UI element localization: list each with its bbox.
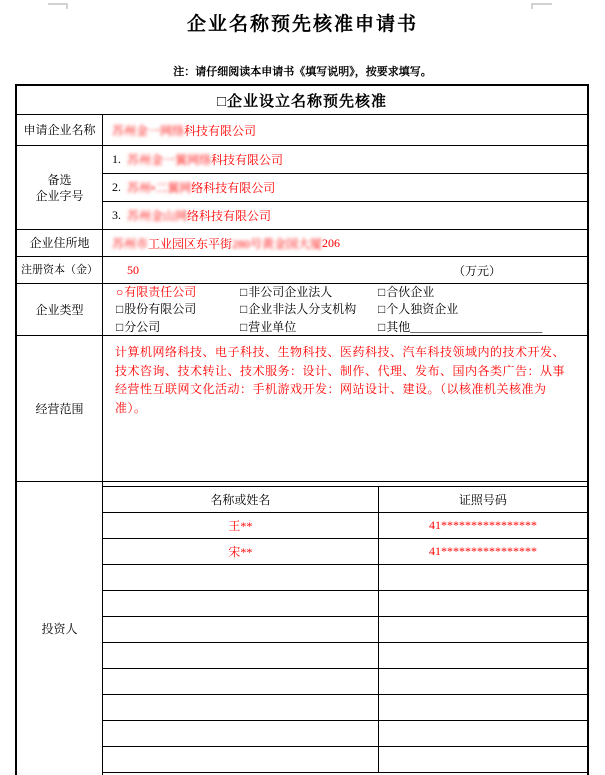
- checkbox-icon: □: [240, 320, 247, 334]
- address-row: 企业住所地 苏州市工业园区东平街280号黄金国大厦206: [17, 229, 587, 256]
- alternate-name-item: 1. 苏州金一翼网络科技有限公司: [103, 146, 587, 173]
- capital-unit: （万元）: [453, 262, 501, 279]
- note-text: 请仔细阅读本申请书《填写说明》，按要求填写。: [195, 66, 432, 78]
- investors-table-cell: 名称或姓名 证照号码 王** 41**************** 宋** 41…: [103, 482, 587, 775]
- investor-empty-row: [103, 564, 587, 590]
- label-address: 企业住所地: [17, 230, 103, 256]
- alt-num-1: 1.: [112, 152, 121, 167]
- option-non-legal-branch: □企业非法人分支机构: [240, 301, 378, 318]
- application-form-page: 企业名称预先核准申请书 注：请仔细阅读本申请书《填写说明》，按要求填写。 □企业…: [0, 0, 605, 775]
- label-alt-line2: 企业字号: [35, 188, 83, 204]
- investors-table: 名称或姓名 证照号码 王** 41**************** 宋** 41…: [103, 486, 587, 773]
- capital-row: 注册资本（金） 50 （万元）: [17, 256, 587, 283]
- alt-2-redacted: 苏州•二翼网: [127, 179, 191, 196]
- col-header-name: 名称或姓名: [103, 487, 379, 512]
- investor-empty-row: [103, 746, 587, 772]
- business-scope-row: 经营范围 计算机网络科技、电子科技、生物科技、医药科技、汽车科技领域内的技术开发…: [17, 335, 587, 481]
- business-scope-cell: 计算机网络科技、电子科技、生物科技、医药科技、汽车科技领域内的技术开发、技术咨询…: [103, 336, 587, 481]
- enterprise-type-options: ○有限责任公司 □非公司企业法人 □合伙企业 □股份有限公司 □企业非法人分支机…: [103, 284, 587, 335]
- applied-name-clear: 科技有限公司: [184, 122, 256, 139]
- alt-num-3: 3.: [112, 208, 121, 223]
- radio-selected-icon: ○: [116, 285, 123, 299]
- alt-3-redacted: 苏州金山网: [127, 207, 187, 224]
- investor-id: 41****************: [379, 539, 587, 564]
- section-header: □企业设立名称预先核准: [217, 90, 387, 111]
- investor-name: 宋**: [103, 539, 379, 564]
- investor-row: 宋** 41****************: [103, 538, 587, 564]
- applied-name-value: 苏州金一网络科技有限公司: [103, 115, 587, 145]
- checkbox-icon: □: [240, 302, 247, 316]
- instruction-note: 注：请仔细阅读本申请书《填写说明》，按要求填写。: [0, 63, 605, 79]
- note-prefix: 注：: [173, 66, 195, 78]
- address-seg-clear: 工业园区东平街: [148, 235, 232, 252]
- enterprise-type-grid: ○有限责任公司 □非公司企业法人 □合伙企业 □股份有限公司 □企业非法人分支机…: [103, 284, 542, 336]
- alternate-names-row: 备选 企业字号 1. 苏州金一翼网络科技有限公司 2. 苏州•二翼网络科技有限公…: [17, 145, 587, 229]
- investor-empty-row: [103, 668, 587, 694]
- page-title: 企业名称预先核准申请书: [0, 9, 605, 36]
- option-branch-company: □分公司: [116, 319, 240, 336]
- alt-num-2: 2.: [112, 180, 121, 195]
- option-sole-proprietorship: □个人独资企业: [378, 301, 542, 318]
- investor-empty-row: [103, 642, 587, 668]
- investor-empty-row: [103, 590, 587, 616]
- section-header-row: □企业设立名称预先核准: [17, 86, 587, 114]
- checkbox-icon: □: [240, 285, 247, 299]
- option-joint-stock-company: □股份有限公司: [116, 301, 240, 318]
- checkbox-icon: □: [378, 320, 385, 334]
- option-other: □其他______________________: [378, 319, 542, 336]
- investor-empty-row: [103, 720, 587, 746]
- investor-name: 王**: [103, 513, 379, 538]
- option-non-company-legal-person: □非公司企业法人: [240, 284, 378, 301]
- address-seg-redacted: 280号黄金国大厦: [232, 235, 322, 252]
- label-business-scope: 经营范围: [17, 336, 103, 481]
- business-scope-text: 计算机网络科技、电子科技、生物科技、医药科技、汽车科技领域内的技术开发、技术咨询…: [103, 336, 587, 417]
- address-seg-redacted: 苏州市: [112, 235, 148, 252]
- investor-id: 41****************: [379, 513, 587, 538]
- option-partnership: □合伙企业: [378, 284, 542, 301]
- label-capital: 注册资本（金）: [17, 257, 103, 283]
- investors-header-row: 名称或姓名 证照号码: [103, 487, 587, 512]
- investor-row: 王** 41****************: [103, 512, 587, 538]
- applied-name-row: 申请企业名称 苏州金一网络科技有限公司: [17, 114, 587, 145]
- label-enterprise-type: 企业类型: [17, 284, 103, 335]
- address-seg-clear: 206: [322, 236, 340, 251]
- alternate-names-list: 1. 苏州金一翼网络科技有限公司 2. 苏州•二翼网络科技有限公司 3. 苏州金…: [103, 146, 587, 229]
- enterprise-type-row: 企业类型 ○有限责任公司 □非公司企业法人 □合伙企业 □股份有限公司 □企业非…: [17, 283, 587, 335]
- alt-1-clear: 科技有限公司: [211, 151, 283, 168]
- investor-empty-row: [103, 694, 587, 720]
- checkbox-icon: □: [378, 302, 385, 316]
- label-investors: 投资人: [17, 482, 103, 775]
- address-value: 苏州市工业园区东平街280号黄金国大厦206: [103, 230, 587, 256]
- application-table: □企业设立名称预先核准 申请企业名称 苏州金一网络科技有限公司 备选 企业字号 …: [15, 84, 589, 775]
- label-applied-name: 申请企业名称: [17, 115, 103, 145]
- checkbox-icon: □: [116, 320, 123, 334]
- page-corner-mark-left: [48, 3, 68, 9]
- applied-name-redacted: 苏州金一网络: [112, 122, 184, 139]
- investor-empty-row: [103, 616, 587, 642]
- checkbox-icon: □: [116, 302, 123, 316]
- capital-value: 50: [127, 263, 139, 278]
- label-alt-line1: 备选: [47, 172, 71, 188]
- alternate-name-item: 3. 苏州金山网络科技有限公司: [103, 201, 587, 229]
- alt-2-clear: 络科技有限公司: [191, 179, 275, 196]
- alt-3-clear: 络科技有限公司: [187, 207, 271, 224]
- page-corner-mark-right: [531, 3, 552, 9]
- option-business-unit: □营业单位: [240, 319, 378, 336]
- checkbox-icon: □: [378, 285, 385, 299]
- investors-row: 投资人 名称或姓名 证照号码 王** 41**************** 宋*…: [17, 481, 587, 775]
- label-alternate-names: 备选 企业字号: [17, 146, 103, 229]
- alt-1-redacted: 苏州金一翼网络: [127, 151, 211, 168]
- option-limited-liability-company: ○有限责任公司: [116, 284, 240, 301]
- other-blank-line: ______________________: [410, 320, 542, 334]
- col-header-id: 证照号码: [379, 487, 587, 512]
- alternate-name-item: 2. 苏州•二翼网络科技有限公司: [103, 173, 587, 201]
- capital-value-cell: 50 （万元）: [103, 257, 587, 283]
